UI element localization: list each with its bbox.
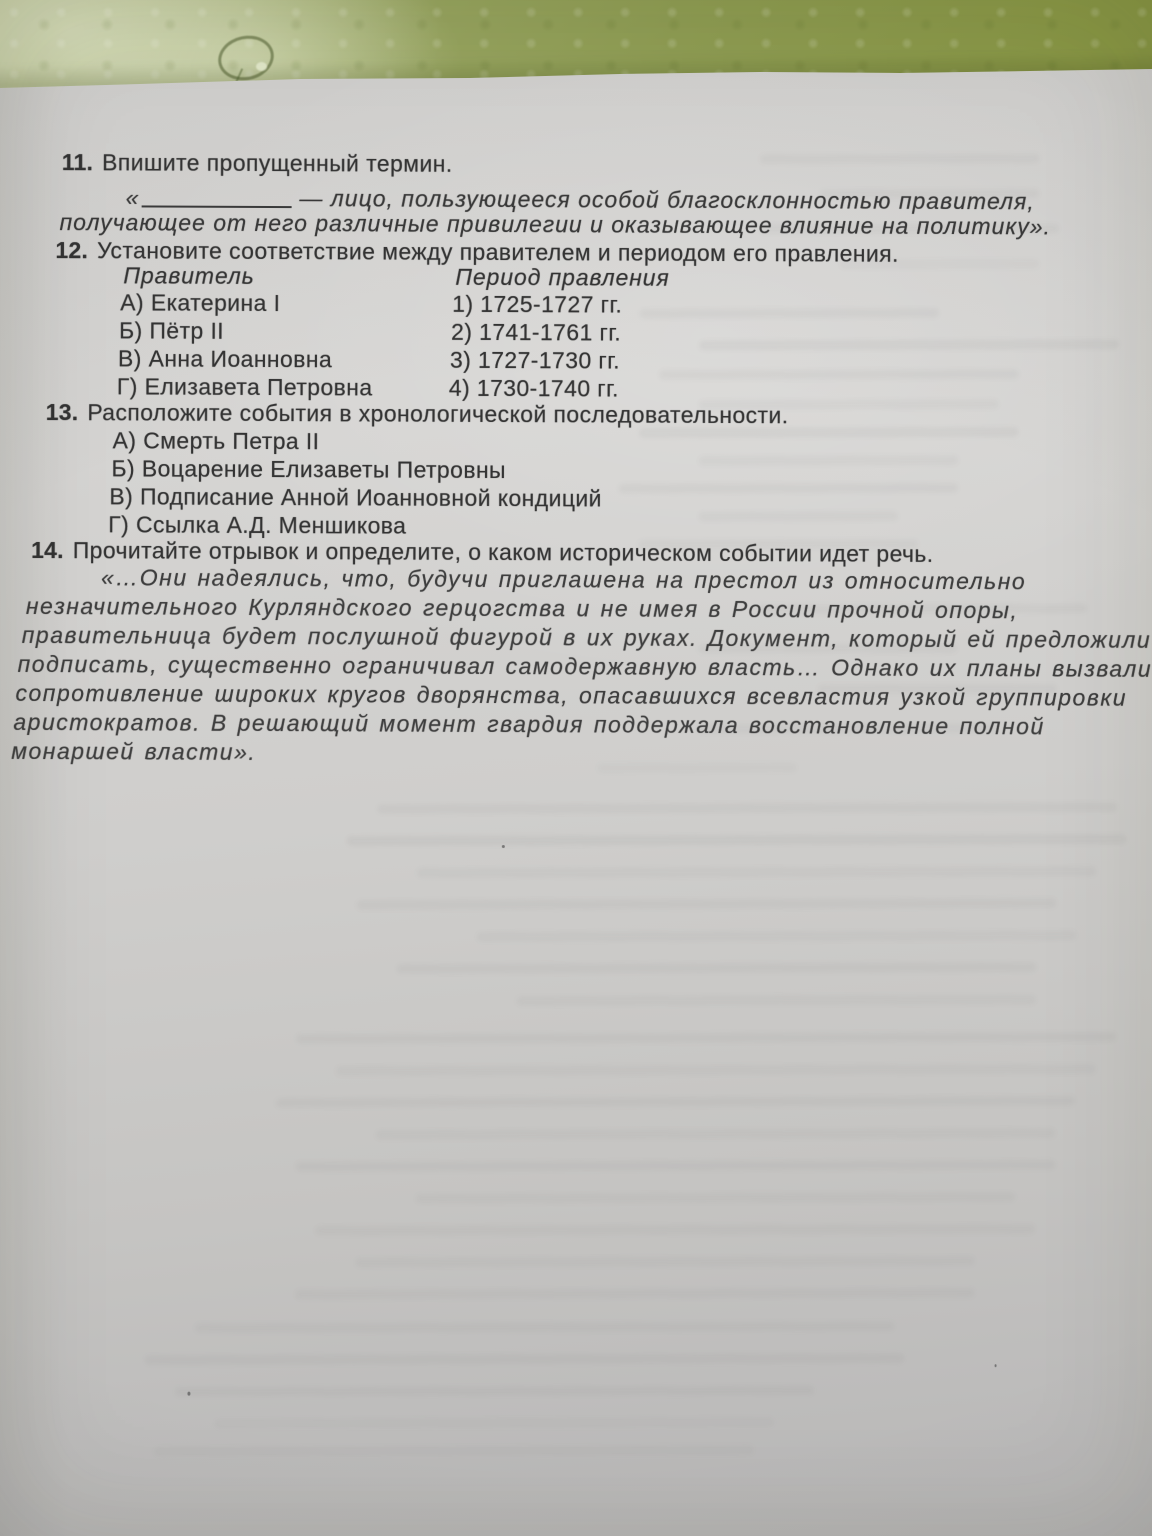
event-option-g: Г) Ссылка А.Д. Меншикова <box>108 511 406 538</box>
ghost-text-line <box>295 1160 1055 1172</box>
event-option-a: А) Смерть Петра II <box>113 427 320 454</box>
ghost-text-line <box>699 455 959 466</box>
ghost-text-line <box>639 308 939 319</box>
passage-line: подписать, существенно ограничивал самод… <box>18 651 1152 682</box>
passage-text: незначительного Курляндского герцогства … <box>26 593 1019 623</box>
ghost-text-line <box>376 1128 1056 1140</box>
definition-text-2: получающее от него различные привилегии … <box>59 209 1050 239</box>
ghost-text-line <box>276 1096 1076 1108</box>
ghost-text-line <box>698 511 898 522</box>
ghost-text-line <box>174 1385 814 1397</box>
passage-text: аристократов. В решающий момент гвардия … <box>13 709 1044 740</box>
question-11: 11.Впишите пропущенный термин. <box>62 149 453 177</box>
column-header-period: Период правления <box>455 264 669 292</box>
ghost-text-line <box>760 153 1040 164</box>
ghost-text-line <box>417 866 1097 878</box>
quote-open-mark: « <box>126 184 140 210</box>
list-item: Б) Воцарение Елизаветы Петровны <box>111 455 506 483</box>
ghost-text-line <box>347 834 1127 846</box>
period-option-2: 2) 1741-1761 гг. <box>451 319 621 347</box>
passage-line: правительница будет послушной фигурой в … <box>22 622 1151 653</box>
ghost-text-line <box>355 1256 975 1268</box>
ghost-text-line <box>639 427 1019 438</box>
ghost-text-line <box>295 1288 975 1300</box>
ghost-text-line <box>597 763 797 774</box>
ghost-text-line <box>699 339 1119 350</box>
table-row: А) Екатерина I 1) 1725-1727 гг. <box>120 289 280 317</box>
question-14-prompt: Прочитайте отрывок и определите, о каком… <box>73 537 934 567</box>
ruler-option-a: А) Екатерина I <box>120 289 280 316</box>
column-header-ruler: Правитель <box>123 262 255 289</box>
printed-content: 11.Впишите пропущенный термин. «— лицо, … <box>0 0 1152 1536</box>
event-option-v: В) Подписание Анной Иоанновной кондиций <box>109 483 602 511</box>
question-13: 13.Расположите события в хронологической… <box>46 399 789 428</box>
table-row: Б) Пётр II 2) 1741-1761 гг. <box>119 317 224 344</box>
period-option-1: 1) 1725-1727 гг. <box>452 291 622 319</box>
ghost-text-line <box>357 898 1057 910</box>
period-option-3: 3) 1727-1730 гг. <box>450 347 620 375</box>
table-row: В) Анна Иоанновна 3) 1727-1730 гг. <box>118 345 332 373</box>
question-13-prompt: Расположите события в хронологической по… <box>87 399 788 428</box>
ghost-text-line <box>296 1032 1116 1044</box>
list-item: Г) Ссылка А.Д. Меншикова <box>108 511 406 538</box>
list-item: В) Подписание Анной Иоанновной кондиций <box>109 483 602 511</box>
ghost-text-line <box>315 1224 1035 1236</box>
passage-line: «…Они надеялись, что, будучи приглашена … <box>101 564 1026 594</box>
period-option-4: 4) 1730-1740 гг. <box>449 375 619 403</box>
ghost-text-line <box>516 995 1036 1006</box>
paper-speck <box>502 845 505 848</box>
ghost-text-line <box>415 1192 1015 1204</box>
ghost-text-line <box>195 1321 895 1333</box>
question-12-number: 12. <box>55 237 88 263</box>
list-item: А) Смерть Петра II <box>113 427 320 454</box>
ghost-text-line <box>214 1417 774 1428</box>
passage-text: сопротивление широких кругов дворянства,… <box>15 680 1127 711</box>
ghost-text-line <box>618 483 958 494</box>
event-option-b: Б) Воцарение Елизаветы Петровны <box>111 455 506 483</box>
ruler-option-v: В) Анна Иоанновна <box>118 345 332 372</box>
passage-line: сопротивление широких кругов дворянства,… <box>15 680 1127 711</box>
ruler-option-b: Б) Пётр II <box>119 317 224 343</box>
match-table-header: Правитель Период правления <box>123 262 255 290</box>
passage-text: монаршей власти». <box>11 738 256 765</box>
ghost-text-line <box>396 962 1036 974</box>
ghost-text-line <box>154 1445 754 1457</box>
question-11-definition-line-2: получающее от него различные привилегии … <box>59 209 1050 239</box>
ghost-text-line <box>377 802 1117 814</box>
paper-speck <box>995 1364 997 1367</box>
ghost-text-line <box>145 1353 905 1365</box>
table-row: Г) Елизавета Петровна 4) 1730-1740 гг. <box>117 373 373 401</box>
question-13-number: 13. <box>46 399 79 425</box>
question-14-number: 14. <box>31 537 64 563</box>
passage-line: незначительного Курляндского герцогства … <box>26 593 1019 623</box>
ghost-text-line <box>336 1064 1096 1076</box>
paper-speck <box>187 1392 190 1396</box>
passage-line: монаршей власти». <box>11 738 256 765</box>
passage-line: аристократов. В решающий момент гвардия … <box>13 709 1044 740</box>
ghost-text-line <box>476 930 1076 942</box>
question-11-prompt: Впишите пропущенный термин. <box>102 149 453 177</box>
photo-of-quiz-sheet: 11.Впишите пропущенный термин. «— лицо, … <box>0 0 1152 1536</box>
passage-text: «…Они надеялись, что, будучи приглашена … <box>101 564 1026 594</box>
question-14: 14.Прочитайте отрывок и определите, о ка… <box>31 537 934 567</box>
ghost-text-line <box>659 369 1019 380</box>
blank-underline <box>141 182 291 208</box>
ruler-option-g: Г) Елизавета Петровна <box>117 373 373 400</box>
passage-text: правительница будет послушной фигурой в … <box>22 622 1151 653</box>
passage-text: подписать, существенно ограничивал самод… <box>18 651 1152 682</box>
question-11-number: 11. <box>62 149 93 175</box>
